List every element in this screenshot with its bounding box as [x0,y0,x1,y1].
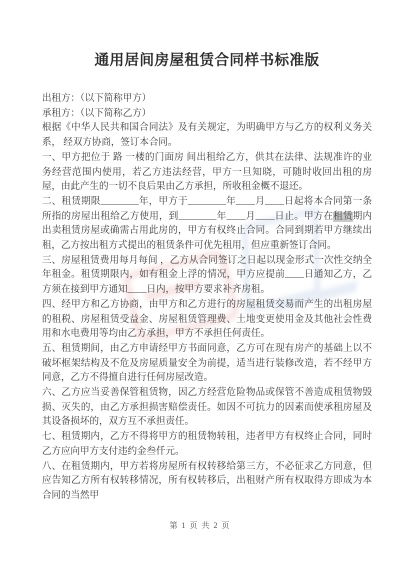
clause-6: 六、乙方应当妥善保管租赁物，因乙方经营危险物品或保管不善造成租赁物毁损、灭失的，… [42,386,372,430]
clause-7: 七、租赁期内，乙方不得将甲方的租赁物转租，违者甲方有权终止合同，同时乙方应向甲方… [42,430,372,459]
clause-2-text-before-highlight: 二、租赁期限________年，甲方于________年____月____日起将… [42,197,372,222]
document-content: 通用居间房屋租赁合同样书标准版 出租方：（以下简称甲方） 承租方：（以下简称乙方… [42,0,372,504]
clause-5: 五、租赁期间，由乙方申请经甲方书面同意，乙方可在现有房产的基础上以不破坏框架结构… [42,342,372,386]
contract-document-page: 通用居间房屋租赁合同样书标准版 出租方：（以下简称甲方） 承租方：（以下简称乙方… [0,0,400,565]
lessee-line: 承租方：（以下简称乙方） [42,107,372,122]
document-title: 通用居间房屋租赁合同样书标准版 [42,0,372,71]
highlighted-term: 租赁 [333,212,353,222]
page-number-footer: 第 1 页 共 2 页 [0,520,400,531]
clause-8: 八、在租赁期内，甲方若将房屋所有权转移给第三方，不必征求乙方同意，但应告知乙方所… [42,460,372,504]
document-body: 出租方：（以下简称甲方） 承租方：（以下简称乙方） 根据《中华人民共和国合同法》… [42,92,372,504]
clause-2: 二、租赁期限________年，甲方于________年____月____日起将… [42,195,372,254]
lessor-line: 出租方：（以下简称甲方） [42,92,372,107]
clause-3: 三、房屋租赁费用每月每间 ，乙方从合同签订之日起以现金形式一次性交纳全年租金。租… [42,254,372,298]
preamble: 根据《中华人民共和国合同法》及有关规定，为明确甲方与乙方的权利义务关系， 经双方… [42,121,372,150]
clause-4: 四、经甲方和乙方协商，由甲方和乙方进行的房屋租赁交易而产生的出租房屋的租税、房屋… [42,298,372,342]
clause-1: 一、甲方把位于 路 一楼的门面房 间出租给乙方，供其在法律、法规准许的业务经营范… [42,151,372,195]
